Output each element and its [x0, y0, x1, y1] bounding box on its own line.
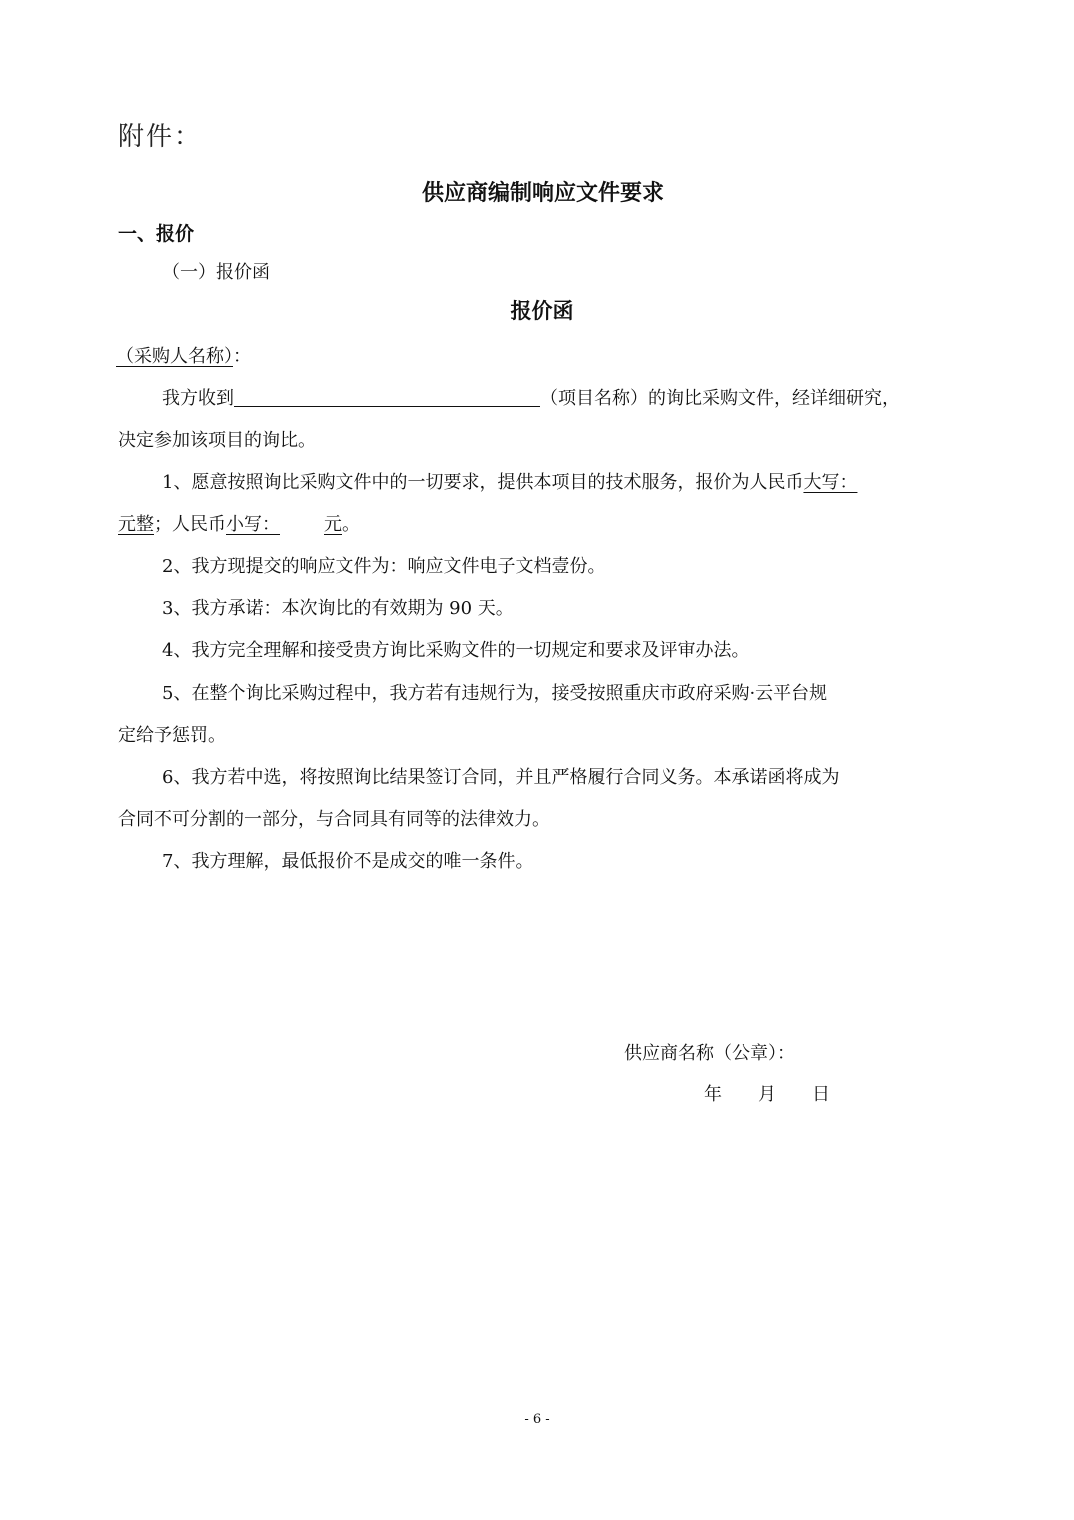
addressee-line: （采购人名称）：: [116, 336, 251, 378]
amount-upper-field[interactable]: 大写：: [803, 472, 857, 493]
intro-suffix: （项目名称）的询比采购文件，经详细研究，: [540, 388, 900, 409]
document-title: 供应商编制响应文件要求: [0, 176, 1074, 207]
intro-line-1: 我方收到（项目名称）的询比采购文件，经详细研究，: [162, 378, 900, 420]
amount-lower-field[interactable]: 小写：元: [226, 514, 342, 535]
item-1-text: 1、愿意按照询比采购文件中的一切要求，提供本项目的技术服务，报价为人民币: [162, 472, 803, 493]
item-7: 7、我方理解，最低报价不是成交的唯一条件。: [162, 841, 533, 883]
item-2: 2、我方现提交的响应文件为：响应文件电子文档壹份。: [162, 546, 605, 588]
item-1-mid: ；人民币: [154, 514, 226, 535]
subsection-heading-quote-letter: （一）报价函: [162, 258, 270, 284]
item-6-line-1: 6、我方若中选，将按照询比结果签订合同，并且严格履行合同义务。本承诺函将成为: [162, 757, 839, 799]
amount-lower-label: 小写：: [226, 514, 280, 535]
item-1-line-1: 1、愿意按照询比采购文件中的一切要求，提供本项目的技术服务，报价为人民币大写：: [162, 462, 857, 504]
intro-prefix: 我方收到: [162, 388, 234, 409]
item-1-end: 。: [342, 514, 360, 535]
addressee-colon: ：: [233, 346, 251, 367]
quote-letter-title: 报价函: [0, 295, 1074, 325]
intro-line-2: 决定参加该项目的询比。: [118, 420, 316, 462]
supplier-name-seal-label: 供应商名称（公章）：: [624, 1033, 795, 1075]
attachment-label: 附件：: [118, 116, 202, 153]
project-name-blank[interactable]: [234, 384, 540, 407]
amount-upper-unit: 元整: [118, 514, 154, 535]
item-5-line-2: 定给予惩罚。: [118, 715, 226, 757]
signature-date: 年 月 日: [704, 1074, 830, 1116]
page-number: - 6 -: [0, 1412, 1074, 1427]
item-6-line-2: 合同不可分割的一部分，与合同具有同等的法律效力。: [118, 799, 550, 841]
item-1-line-2: 元整；人民币小写：元。: [118, 504, 360, 546]
item-5-line-1: 5、在整个询比采购过程中，我方若有违规行为，接受按照重庆市政府采购·云平台规: [162, 673, 827, 715]
section-heading-quote: 一、报价: [118, 219, 194, 246]
amount-lower-unit: 元: [324, 514, 342, 535]
purchaser-name-field[interactable]: （采购人名称）: [116, 346, 233, 367]
item-3: 3、我方承诺：本次询比的有效期为 90 天。: [162, 588, 514, 630]
item-4: 4、我方完全理解和接受贵方询比采购文件的一切规定和要求及评审办法。: [162, 630, 749, 672]
